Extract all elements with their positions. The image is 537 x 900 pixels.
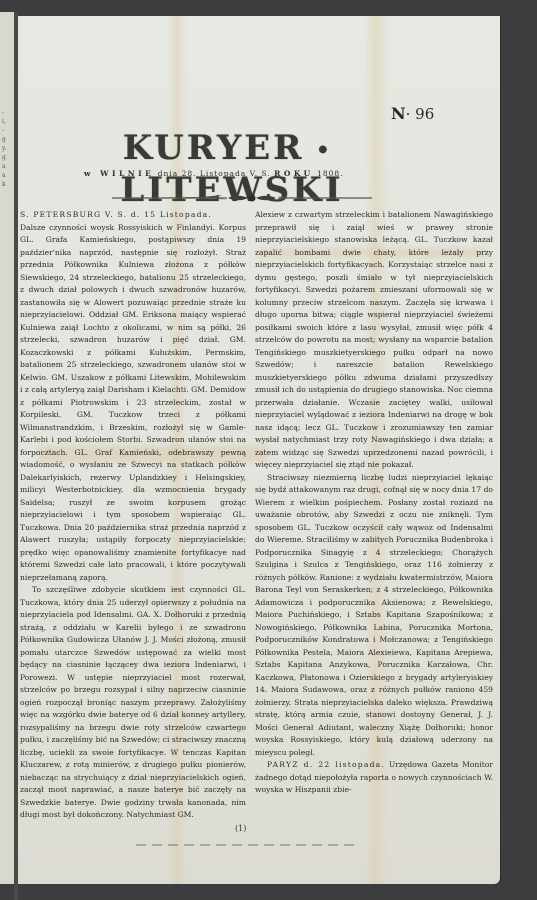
article-heading-paris: PARYZ d. 22 listopada. xyxy=(267,760,385,769)
ornamental-divider-icon xyxy=(102,191,382,203)
issue-number: N· 96 xyxy=(391,104,434,123)
dateline-place: w WILNIE xyxy=(84,169,154,178)
previous-page-text-fragments: -i,-gy.gaak xyxy=(2,108,12,218)
article-heading-petersburg: S. PETERSBURG V. S. d. 15 Listopada. xyxy=(20,209,246,222)
column-right: Alexiew z czwartym strzeleckim i batalio… xyxy=(255,209,493,797)
article-paragraph: To szczęśliwe zdobycie skutkiem iest czy… xyxy=(20,584,246,822)
folio-mark: (1) xyxy=(235,824,246,833)
issue-number-prefix: N xyxy=(391,104,406,123)
dateline: w WILNIE dnia 28. Listopada V. S. ROKU 1… xyxy=(84,169,384,178)
masthead-separator-dot: ● xyxy=(318,130,327,170)
newspaper-page: N· 96 KURYER●LITEWSKI w WILNIE dnia 28. … xyxy=(18,16,500,884)
column-left: S. PETERSBURG V. S. d. 15 Listopada. Dal… xyxy=(20,209,246,822)
issue-number-value: 96 xyxy=(415,105,434,123)
article-paragraph: Straciwszy niezmierną liczbę ludzi niepr… xyxy=(255,472,493,760)
previous-page-edge: -i,-gy.gaak xyxy=(0,12,15,884)
dateline-date: dnia 28. Listopada V. S. xyxy=(158,169,271,178)
article-paris: PARYZ d. 22 listopada. Urzędowa Gazeta M… xyxy=(255,759,493,797)
dateline-year-label: ROKU xyxy=(274,169,314,178)
dateline-year: 1808. xyxy=(317,169,343,178)
bottom-printed-rule xyxy=(136,844,356,846)
article-paragraph: Alexiew z czwartym strzeleckim i batalio… xyxy=(255,209,493,472)
article-paragraph: Dalsze czynności woysk Rossyiskich w Fin… xyxy=(20,222,246,585)
masthead-word-1: KURYER xyxy=(123,128,305,168)
